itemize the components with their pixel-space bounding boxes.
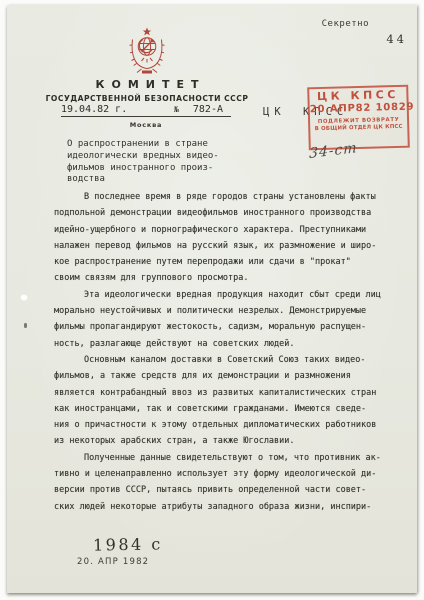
paragraph-1: В последнее время в ряде городов страны … — [54, 189, 382, 287]
document-body: В последнее время в ряде городов страны … — [54, 189, 382, 515]
ussr-state-emblem-icon — [126, 26, 168, 74]
paper-speck — [24, 323, 27, 328]
incoming-registration-stamp: ЦК КПСС 20.АПР82 10829 ПОДЛЕЖИТ ВОЗВРАТУ… — [307, 85, 410, 151]
paragraph-4: Полученные данные свидетельствуют о том,… — [54, 450, 382, 515]
received-date-stamp: 20. АПР 1982 — [77, 557, 149, 567]
paper-speck — [21, 295, 27, 300]
number-sign: № — [174, 105, 179, 115]
letterhead-city: Москва — [61, 121, 231, 129]
document-date: 19.04.82 г. — [61, 104, 127, 115]
org-name-line1: КОМИТЕТ — [35, 78, 259, 91]
paragraph-3: Основным каналом доставки в Советский Со… — [54, 352, 382, 450]
document-number: 782-А — [193, 104, 223, 115]
scanned-document-page: Секретно 44 КОМИТЕТ ГОСУДАРСТВЕННОЙ БЕЗО… — [7, 5, 417, 593]
stamp-org: ЦК КПСС — [309, 88, 406, 104]
classification-label: Секретно — [322, 19, 369, 29]
paragraph-2: Эта идеологически вредная продукция нахо… — [54, 287, 382, 352]
stamp-return-note-line2: В ОБЩИЙ ОТДЕЛ ЦК КПСС — [310, 124, 407, 133]
stamp-date-number: 20.АПР82 10829 — [310, 102, 407, 116]
subject-line: О распространении в стране идеологически… — [67, 139, 252, 186]
archival-year-mark: 1984 с — [93, 534, 163, 554]
page-number: 44 — [386, 32, 407, 46]
date-number-line: 19.04.82 г. № 782-А — [61, 100, 231, 117]
